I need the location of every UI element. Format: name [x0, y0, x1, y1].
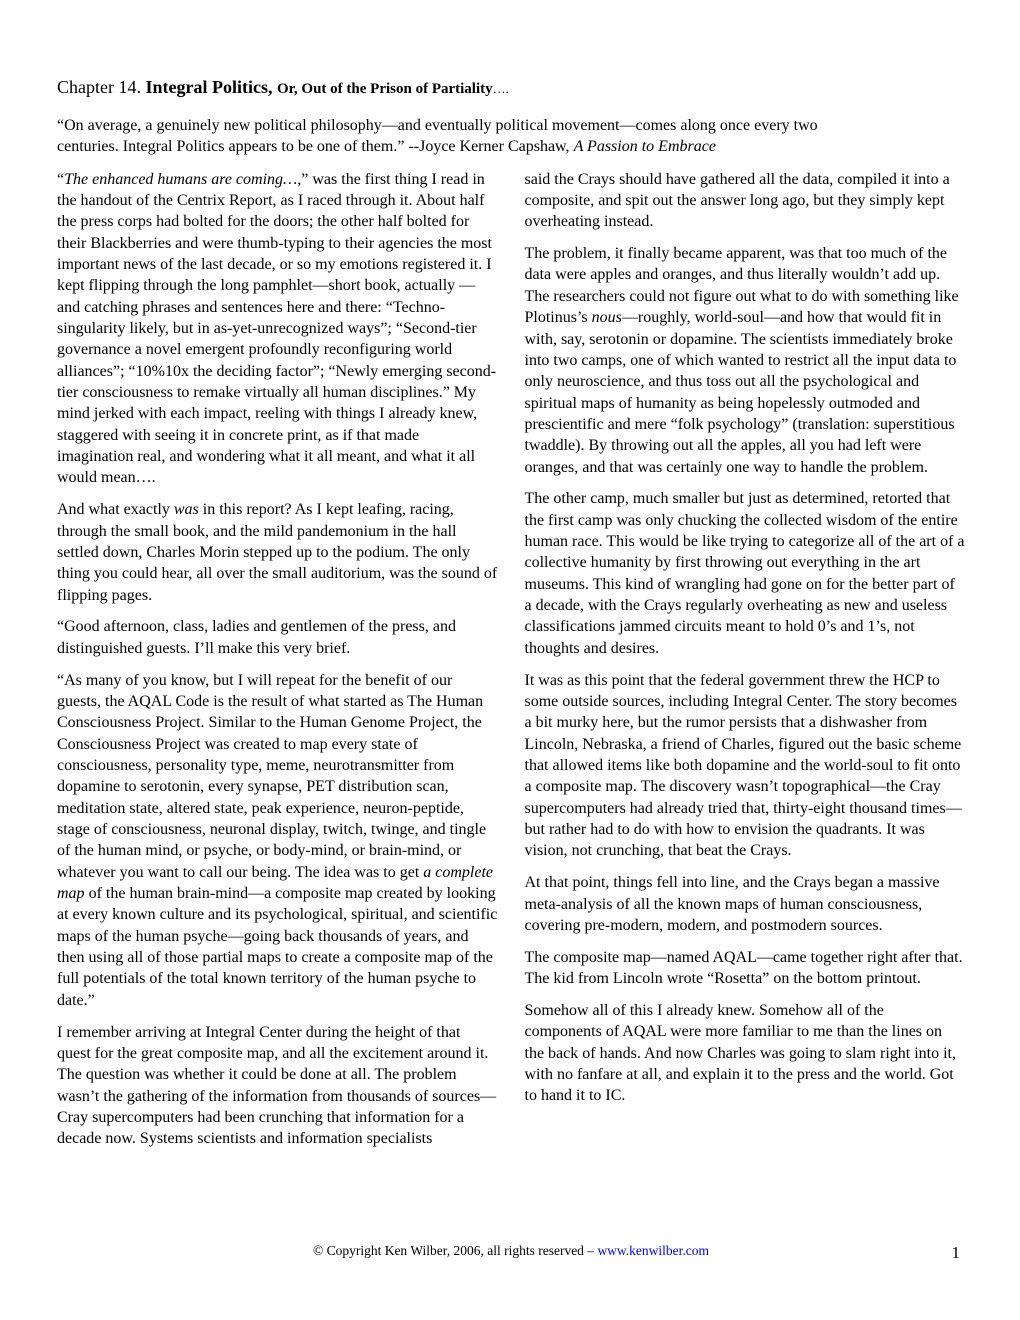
two-column-layout: “The enhanced humans are coming…,” was t…: [57, 169, 965, 1161]
page-footer: © Copyright Ken Wilber, 2006, all rights…: [57, 1242, 965, 1259]
epigraph: “On average, a genuinely new political p…: [57, 115, 965, 158]
paragraph: I remember arriving at Integral Center d…: [57, 1022, 498, 1150]
chapter-title: Chapter 14. Integral Politics, Or, Out o…: [57, 75, 965, 101]
chapter-title-main: Integral Politics: [145, 77, 267, 97]
italic-span: The enhanced humans are coming…: [64, 171, 297, 188]
right-column: said the Crays should have gathered all …: [525, 169, 966, 1161]
paragraph: The composite map—named AQAL—came togeth…: [525, 947, 966, 990]
paragraph: The problem, it finally became apparent,…: [525, 243, 966, 478]
title-separator: ,: [268, 77, 277, 97]
copyright-link[interactable]: www.kenwilber.com: [597, 1243, 709, 1258]
copyright-text: © Copyright Ken Wilber, 2006, all rights…: [313, 1243, 598, 1258]
chapter-number: Chapter 14.: [57, 77, 145, 97]
italic-span: A Passion to Embrace: [574, 138, 716, 155]
paragraph: At that point, things fell into line, an…: [525, 872, 966, 936]
paragraph: Somehow all of this I already knew. Some…: [525, 1000, 966, 1107]
paragraph: “Good afternoon, class, ladies and gentl…: [57, 616, 498, 659]
paragraph: It was as this point that the federal go…: [525, 670, 966, 862]
paragraph: The other camp, much smaller but just as…: [525, 488, 966, 659]
italic-span: a complete map: [57, 864, 493, 902]
chapter-subtitle: Or, Out of the Prison of Partiality: [277, 81, 493, 97]
paragraph: said the Crays should have gathered all …: [525, 169, 966, 233]
document-page: Chapter 14. Integral Politics, Or, Out o…: [0, 0, 1020, 1320]
italic-span: was: [174, 501, 199, 518]
paragraph: And what exactly was in this report? As …: [57, 499, 498, 606]
italic-span: nous: [592, 309, 622, 326]
page-number: 1: [952, 1243, 961, 1263]
left-column: “The enhanced humans are coming…,” was t…: [57, 169, 498, 1161]
paragraph: “The enhanced humans are coming…,” was t…: [57, 169, 498, 489]
title-ellipsis: ….: [493, 81, 509, 96]
paragraph: “As many of you know, but I will repeat …: [57, 670, 498, 1012]
